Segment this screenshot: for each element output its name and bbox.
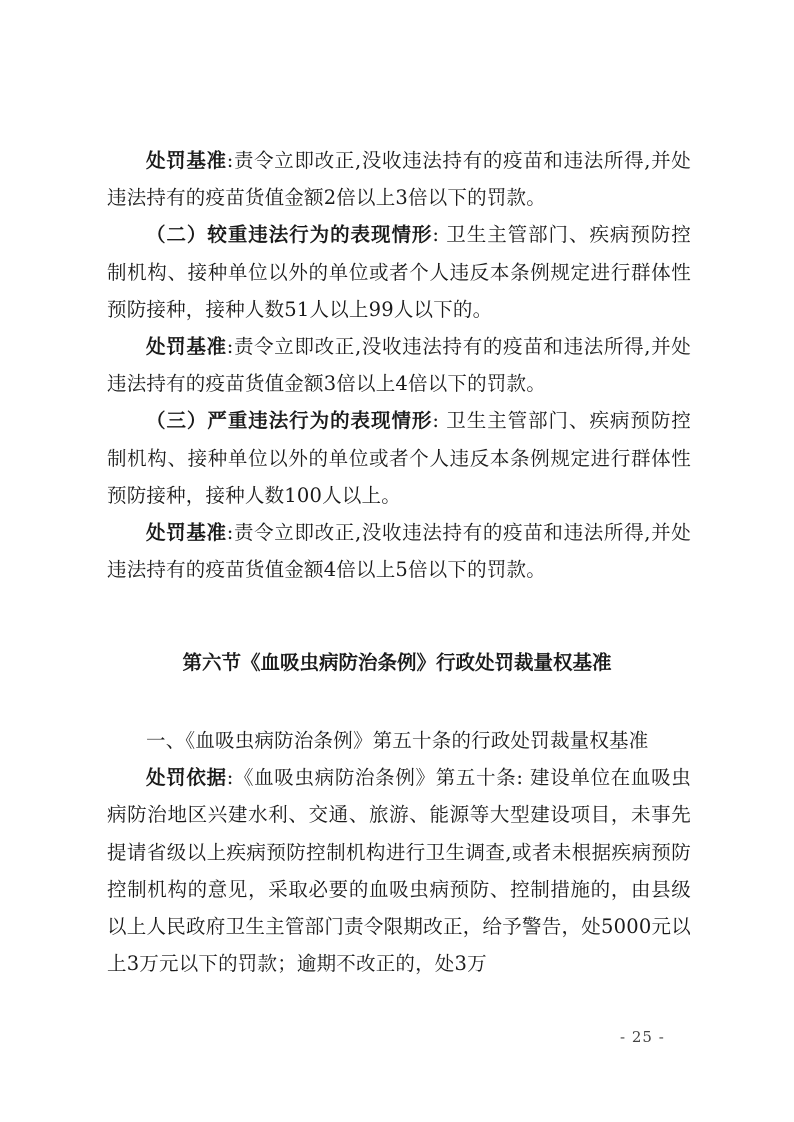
label-penalty-standard: 处罚基准 — [146, 335, 227, 358]
paragraph-severe-violation: （三）严重违法行为的表现情形: 卫生主管部门、疾病预防控制机构、接种单位以外的单… — [107, 402, 691, 514]
paragraph-penalty-standard-severe: 处罚基准:责令立即改正,没收违法持有的疫苗和违法所得,并处违法持有的疫苗货值金额… — [107, 514, 691, 588]
paragraph-serious-violation: （二）较重违法行为的表现情形: 卫生主管部门、疾病预防控制机构、接种单位以外的单… — [107, 216, 691, 328]
penalty-standards-block: 处罚基准:责令立即改正,没收违法持有的疫苗和违法所得,并处违法持有的疫苗货值金额… — [107, 142, 691, 588]
schistosomiasis-block: 一、《血吸虫病防治条例》第五十条的行政处罚裁量权基准 处罚依据:《血吸虫病防治条… — [107, 722, 691, 982]
label-penalty-standard: 处罚基准 — [146, 149, 227, 172]
paragraph-penalty-standard-serious: 处罚基准:责令立即改正,没收违法持有的疫苗和违法所得,并处违法持有的疫苗货值金额… — [107, 328, 691, 402]
section-title: 第六节《血吸虫病防治条例》行政处罚裁量权基准 — [0, 648, 794, 678]
label-penalty-basis: 处罚依据 — [146, 766, 227, 789]
document-page: 处罚基准:责令立即改正,没收违法持有的疫苗和违法所得,并处违法持有的疫苗货值金额… — [0, 0, 794, 1122]
label-severe-violation: （三）严重违法行为的表现情形 — [146, 409, 432, 432]
paragraph-penalty-basis: 处罚依据:《血吸虫病防治条例》第五十条: 建设单位在血吸虫病防治地区兴建水利、交… — [107, 759, 691, 982]
paragraph-text: :《血吸虫病防治条例》第五十条: 建设单位在血吸虫病防治地区兴建水利、交通、旅游… — [107, 766, 691, 975]
page-number: - 25 - — [620, 1028, 665, 1046]
label-penalty-standard: 处罚基准 — [146, 521, 227, 544]
article-heading: 一、《血吸虫病防治条例》第五十条的行政处罚裁量权基准 — [107, 722, 691, 759]
paragraph-penalty-standard-general: 处罚基准:责令立即改正,没收违法持有的疫苗和违法所得,并处违法持有的疫苗货值金额… — [107, 142, 691, 216]
label-serious-violation: （二）较重违法行为的表现情形 — [146, 223, 432, 246]
